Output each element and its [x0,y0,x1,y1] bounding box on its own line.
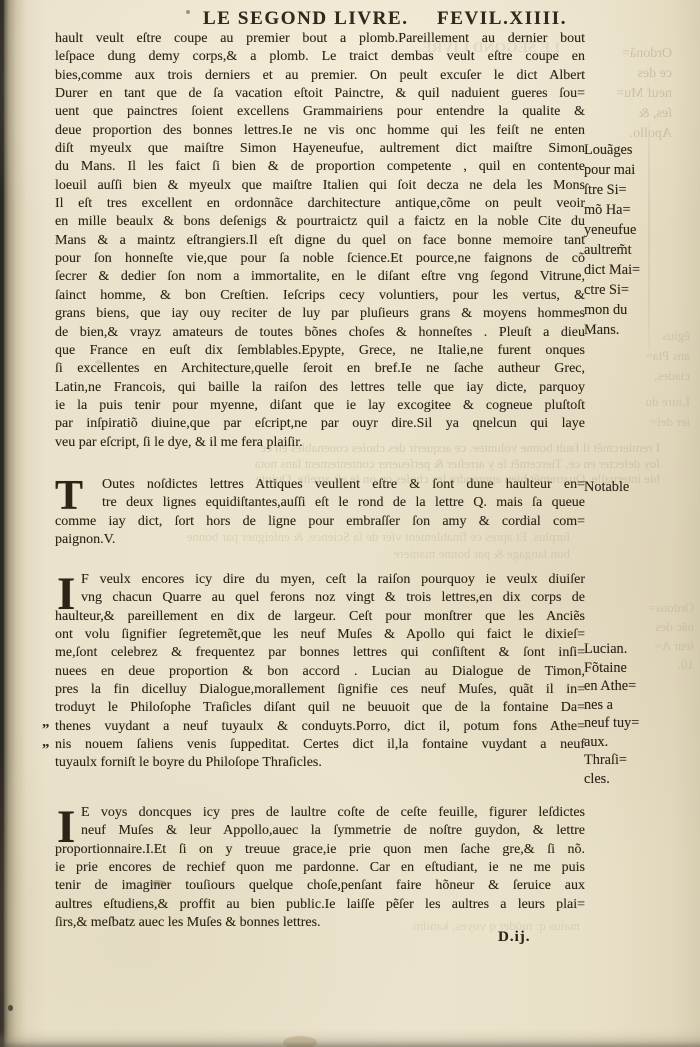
signature-mark: D.ij. [498,929,531,946]
margin-note-line: nes a [584,696,696,715]
margin-note-line: aultrem̃t [584,240,696,260]
drop-cap: I [57,805,75,849]
text-line: deue proportion des bonnes lettres.Ie ne… [55,122,585,140]
ghost-text-line: maius q: mōder q voyes; kaniſm [330,918,580,933]
paragraph: IE voys doncques icy pres de laultre coſ… [55,804,585,932]
text-line: tuyaulx forniſt le boyre du Philoſope Th… [55,754,585,772]
paper-stain [95,360,103,364]
text-line: ſainct homme, & bon Creſtien. Ieſcrips c… [55,287,585,305]
text-line: pour ſon honneſte vie,que pour ſa noble … [55,250,585,268]
ghost-text: Ordons=nãc desſeur A=10. [616,598,694,674]
paper-stain [8,1005,13,1011]
folio-number: FEVIL.XIIII. [437,8,567,30]
text-line: F veulx encores icy dire du myen, ceſt l… [55,571,585,589]
text-line: haulteur,& pareillement en dix de largeu… [55,608,585,626]
text-line: que France en euſt dix ſemblables.Epypte… [55,342,585,360]
ghost-text-line: ce des [582,64,672,84]
text-line: du Mans. Il les faict ſi bien & de propo… [55,158,585,176]
ghost-text: I remiercmẽt il fault bonne voluntee. ce… [60,440,660,487]
ghost-text-line: ble interualle. Quatremẽt bien apprendre… [60,471,660,487]
text-line: Durer en tant que de ſa vacation eſtoit … [55,85,585,103]
margin-note-line: yeneufue [584,220,696,240]
margin-note-line: dict Mai= [584,260,696,280]
ghost-text: LE SEGOND LIVRE. [300,38,560,58]
ghost-text: Liure duier deſ= [604,392,690,432]
margin-note-line: ctre Si= [584,280,696,300]
text-line: tenir de imaginer touſiours quelque choſ… [55,877,585,895]
margin-note-line: mon du [584,300,696,320]
text-line: E voys doncques icy pres de laultre coſt… [55,804,585,822]
ghost-text-line: 10. [616,655,694,674]
ghost-text-line: ſeur A= [616,636,694,655]
ghost-text-line: ciades, [608,366,690,386]
text-line: troduyt le Philoſophe Traſicles diſant q… [55,699,585,717]
text-line: ie la puis tenir pour myenne, diſant que… [55,397,585,415]
text-line: aultres eſtudiens,& proffit au bien publ… [55,896,585,914]
margin-note-line: cles. [584,770,696,789]
text-line: de bien,& vrayz amateurs de toutes bõnes… [55,324,585,342]
running-title: LE SEGOND LIVRE. [203,8,409,30]
ghost-text-line: LE SEGOND LIVRE. [300,38,560,58]
text-line: en mille beaulx & bons deſenigs & pourtr… [55,213,585,231]
text-line: Il eſt tres excellent en ordonnãce darch… [55,195,585,213]
paper-stain [648,120,650,350]
text-line: vng chacun Quarre au quel ferons noz vin… [55,589,585,607]
ghost-text: maius q: mōder q voyes; kaniſm [330,918,580,933]
text-line: nis nouem ſaliens venis ſuppeditat. Cert… [55,736,585,754]
quote-mark: „ [42,714,49,731]
text-line: pres la fin dicelluy Dialogue,morallemen… [55,681,585,699]
text-line: ont volu ſignifier ſegretemẽt,que les ne… [55,626,585,644]
text-line: bies,comme aux trois derniers et au prem… [55,67,585,85]
ghost-text-line: ier deſ= [604,412,690,432]
paper-stain [186,10,190,14]
ghost-text-line: I remiercmẽt il fault bonne voluntee. ce… [60,440,660,456]
text-line: tre deux lignes equidiſtantes,auſſi eſt … [55,494,585,512]
quote-mark: „ [42,734,49,751]
paper-stain [283,1036,317,1047]
text-line: Latin,ne Francois, qui baille la raiſon … [55,379,585,397]
ghost-text-line: Apollo. [582,124,672,144]
ghost-text-line: Ordonã= [582,44,672,64]
ghost-text-line: ſes, & [582,104,672,124]
text-line: ie prie encores de rechief quon me pardo… [55,859,585,877]
text-line: ſi excellentes en Architecture,quelle ſe… [55,360,585,378]
ghost-text-line: neuf Mu= [582,84,672,104]
margin-note-line: neuf tuy= [584,714,696,733]
text-line: uent que painctres ſoient excellens Gram… [55,103,585,121]
paper-stain [150,880,166,886]
ghost-text: ſurplus. Et apres ce finablement vſer de… [70,528,570,562]
drop-cap: I [57,572,75,616]
text-line: ſecrer & dedier ſon nom a immortalite, e… [55,268,585,286]
margin-note-line: en Athe= [584,677,696,696]
text-line: me,ſont celebrez & frequentez par bonnes… [55,644,585,662]
margin-note: Louãgespour maiſtre Si=mõ Ha=yeneufueaul… [584,140,696,340]
paragraph: hault veult eſtre coupe au premier bout … [55,30,585,452]
text-line: par inſpiratiõ diuine,que par eſcript,ne… [55,415,585,433]
text-line: diſt myeulx que maiſtre Simon Hayeneufue… [55,140,585,158]
ghost-text-line: Liure du [604,392,690,412]
text-line: neuf Muſes & leur Appollo,auec la ſymmet… [55,822,585,840]
text-line: nuees en deue proportion & bon accord . … [55,663,585,681]
margin-note-line: ſtre Si= [584,180,696,200]
text-line: Mans & a maintz eſtrangiers.Il eſt digne… [55,232,585,250]
ghost-text-line: ſoy delecter en ce. Tiercemẽt ſe y arreſ… [60,456,660,472]
margin-note-line: mõ Ha= [584,200,696,220]
book-page-scan: LE SEGOND LIVRE. FEVIL.XIIII. hault veul… [0,0,700,1047]
ghost-text-line: ſurplus. Et apres ce finablement vſer de… [70,528,570,545]
text-line: grans biens, que iay ouy reciter de luy … [55,305,585,323]
text-line: proportionnaire.I.Et ſi on y treuue grac… [55,841,585,859]
text-line: loeuil auſſi bien & myeulx que maiſtre I… [55,177,585,195]
text-line: thenes vuydant a neuf tuyaulx & conduyts… [55,718,585,736]
ghost-text-line: nãc des [616,617,694,636]
margin-note-line: pour mai [584,160,696,180]
ghost-text: Ordonã=ce desneuf Mu=ſes, &Apollo. [582,44,672,144]
ghost-text-line: Ordons= [616,598,694,617]
margin-note-line: aux. [584,733,696,752]
margin-note-line: Thraſi= [584,751,696,770]
paragraph: IF veulx encores icy dire du myen, ceſt … [55,571,585,773]
ghost-text-line: bon langage & par bonne maniere [70,545,570,562]
